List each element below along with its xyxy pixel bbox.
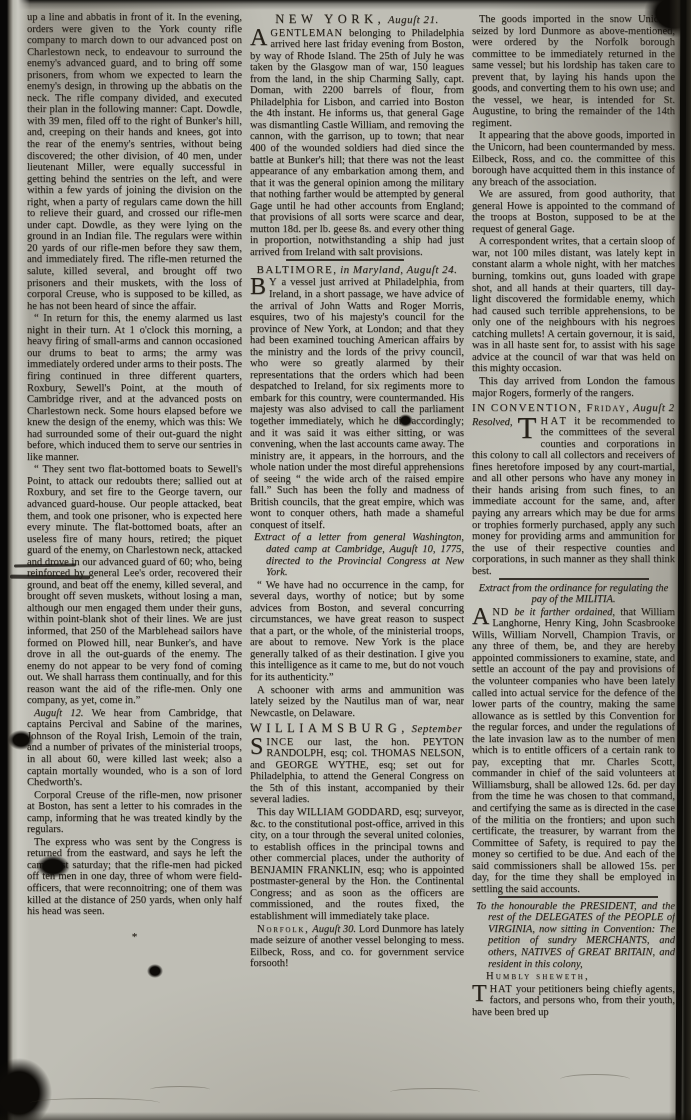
page-edge-left [0,0,30,1120]
ink-blot [398,414,413,427]
newspaper-columns: up a line and abbatis in front of it. In… [27,12,675,1102]
column-left: up a line and abbatis in front of it. In… [27,12,242,1102]
paper-crease [30,1098,160,1108]
drop-cap: T [518,416,537,440]
paper-crease [150,1086,210,1093]
dateline-new-york: NEW YORK, Auguſt 21. [250,14,464,27]
article-paragraph: “ We have had no occurrence in the camp,… [250,580,464,684]
article-paragraph: A correspondent writes, that a certain s… [472,236,675,375]
ordinance-extract-heading: Extract from the ordinance for regulatin… [472,583,675,606]
article-paragraph: The express who was sent by the Congress… [27,837,242,918]
article-paragraph: “ In return for this, the enemy alarmed … [27,313,242,463]
drop-cap: A [250,28,270,50]
dateline-williamsburg: WILLIAMSBURG, September 1. [250,723,464,736]
article-paragraph: It appearing that the above goods, impor… [472,130,675,188]
column-right: The goods imported in the snow Unicorn, … [472,12,675,1102]
ink-smear [10,575,90,580]
petition-address: To the honourable the PRESIDENT, and the… [472,901,675,970]
section-rule [499,578,649,579]
column-middle: NEW YORK, Auguſt 21. AGENTLEMAN belongin… [250,12,464,1102]
article-paragraph: Norfolk, Auguſt 30. Lord Dunmore has lat… [250,924,464,970]
article-paragraph: “ They sent two flat-bottomed boats to S… [27,464,242,706]
article-paragraph: up a line and abbatis in front of it. In… [27,12,242,312]
dateline-norfolk: Norfolk, [257,924,310,935]
article-paragraph: AGENTLEMAN belonging to Philadelphia arr… [250,28,464,259]
article-paragraph: SINCE our last, the hon. PEYTON RANDOLPH… [250,737,464,806]
article-paragraph: This day arrived from London the famous … [472,376,675,399]
article-paragraph: We are assured, from good authority, tha… [472,189,675,235]
printers-mark: * [27,932,242,944]
article-paragraph: The goods imported in the snow Unicorn, … [472,14,675,129]
page-edge-bottom [0,1112,691,1120]
drop-cap: A [472,607,492,629]
resolved-label: Resolved, [472,416,518,429]
resolution-paragraph: Resolved,THAT it be recommended to the c… [472,416,675,578]
ink-blot [36,855,70,878]
paper-crease [560,1074,630,1085]
drop-cap: S [250,737,266,759]
ink-blot [8,730,34,750]
newspaper-scan: up a line and abbatis in front of it. In… [0,0,691,1120]
article-paragraph: Corporal Creuse of the rifle-men, now pr… [27,790,242,836]
paper-crease [390,1088,480,1096]
article-paragraph: THAT your petitioners being chiefly agen… [472,984,675,1019]
ink-blot [147,964,163,978]
dateline-baltimore: BALTIMORE, in Maryland, Auguſt 24. [250,265,464,277]
article-paragraph: Auguſt 12. We hear from Cambridge, that … [27,708,242,789]
article-paragraph: A schooner with arms and ammunition was … [250,685,464,720]
section-rule [286,259,404,260]
article-paragraph: AND be it farther ordained, that William… [472,607,675,896]
date-lead: Auguſt 30. [312,924,356,935]
article-paragraph: This day WILLIAM GODDARD, esq; surveyor,… [250,807,464,922]
date-lead: Auguſt 12. [34,708,83,719]
section-rule [498,896,658,897]
page-edge-top [0,0,691,10]
dateline-in-convention: IN CONVENTION, Friday, Auguſt 25. [472,403,675,415]
humbly-sheweth: Humbly sheweth, [472,971,675,983]
article-paragraph: BY a vessel just arrived at Philadelphia… [250,277,464,531]
drop-cap: B [250,277,269,299]
letter-extract-heading: Extract of a letter from general Washing… [250,532,464,578]
drop-cap: T [472,984,490,1006]
